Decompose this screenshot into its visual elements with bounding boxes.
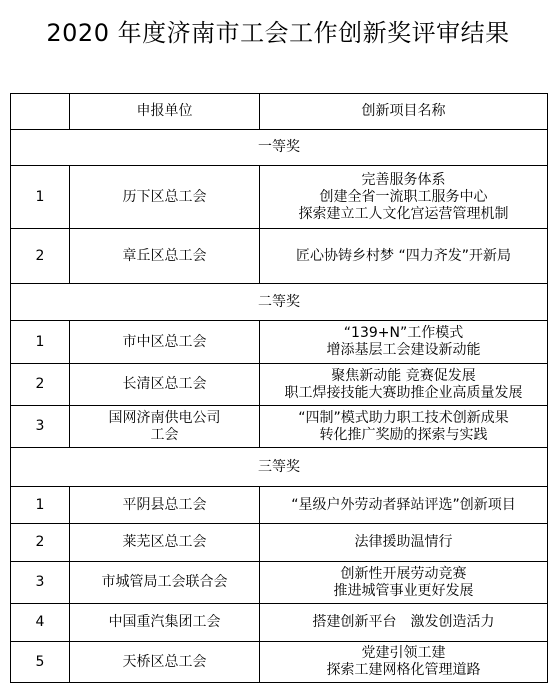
table-row: 2 莱芜区总工会 法律援助温情行 <box>11 524 548 562</box>
row-index: 5 <box>11 642 70 683</box>
row-project: 搭建创新平台 激发创造活力 <box>260 604 548 642</box>
section-row-first-prize: 一等奖 <box>11 130 548 166</box>
section-row-third-prize: 三等奖 <box>11 448 548 487</box>
table-row: 4 中国重汽集团工会 搭建创新平台 激发创造活力 <box>11 604 548 642</box>
header-project: 创新项目名称 <box>260 94 548 130</box>
table-row: 1 市中区总工会 “139+N”工作模式 增添基层工会建设新动能 <box>11 321 548 364</box>
row-unit: 平阴县总工会 <box>70 487 260 524</box>
row-project: “139+N”工作模式 增添基层工会建设新动能 <box>260 321 548 364</box>
row-project: 聚焦新动能 竞赛促发展 职工焊接技能大赛助推企业高质量发展 <box>260 364 548 406</box>
row-project: 完善服务体系 创建全省一流职工服务中心 探索建立工人文化宫运营管理机制 <box>260 166 548 229</box>
row-unit: 天桥区总工会 <box>70 642 260 683</box>
row-index: 1 <box>11 487 70 524</box>
row-unit: 莱芜区总工会 <box>70 524 260 562</box>
row-index: 4 <box>11 604 70 642</box>
row-index: 1 <box>11 166 70 229</box>
table-row: 1 平阴县总工会 “星级户外劳动者驿站评选”创新项目 <box>11 487 548 524</box>
section-label: 二等奖 <box>11 284 548 321</box>
row-index: 2 <box>11 364 70 406</box>
row-index: 2 <box>11 524 70 562</box>
table-row: 2 章丘区总工会 匠心协铸乡村梦 “四力齐发”开新局 <box>11 229 548 284</box>
table-row: 5 天桥区总工会 党建引领工建 探索工建网格化管理道路 <box>11 642 548 683</box>
section-label: 三等奖 <box>11 448 548 487</box>
row-index: 1 <box>11 321 70 364</box>
row-index: 2 <box>11 229 70 284</box>
row-unit: 长清区总工会 <box>70 364 260 406</box>
row-unit: 中国重汽集团工会 <box>70 604 260 642</box>
row-unit: 市城管局工会联合会 <box>70 562 260 604</box>
header-index <box>11 94 70 130</box>
table-row: 3 市城管局工会联合会 创新性开展劳动竞赛 推进城管事业更好发展 <box>11 562 548 604</box>
header-unit: 申报单位 <box>70 94 260 130</box>
row-project: “星级户外劳动者驿站评选”创新项目 <box>260 487 548 524</box>
row-unit: 章丘区总工会 <box>70 229 260 284</box>
row-project: 匠心协铸乡村梦 “四力齐发”开新局 <box>260 229 548 284</box>
row-unit: 市中区总工会 <box>70 321 260 364</box>
section-label: 一等奖 <box>11 130 548 166</box>
row-index: 3 <box>11 562 70 604</box>
section-row-second-prize: 二等奖 <box>11 284 548 321</box>
row-project: 法律援助温情行 <box>260 524 548 562</box>
table-row: 1 历下区总工会 完善服务体系 创建全省一流职工服务中心 探索建立工人文化宫运营… <box>11 166 548 229</box>
row-index: 3 <box>11 406 70 448</box>
table-header-row: 申报单位 创新项目名称 <box>11 94 548 130</box>
table-row: 2 长清区总工会 聚焦新动能 竞赛促发展 职工焊接技能大赛助推企业高质量发展 <box>11 364 548 406</box>
page-title: 2020 年度济南市工会工作创新奖评审结果 <box>0 18 556 48</box>
row-project: “四制”模式助力职工技术创新成果 转化推广奖励的探索与实践 <box>260 406 548 448</box>
table-row: 3 国网济南供电公司 工会 “四制”模式助力职工技术创新成果 转化推广奖励的探索… <box>11 406 548 448</box>
results-table: 申报单位 创新项目名称 一等奖 1 历下区总工会 完善服务体系 创建全省一流职工… <box>10 93 548 683</box>
row-unit: 历下区总工会 <box>70 166 260 229</box>
row-unit: 国网济南供电公司 工会 <box>70 406 260 448</box>
row-project: 党建引领工建 探索工建网格化管理道路 <box>260 642 548 683</box>
row-project: 创新性开展劳动竞赛 推进城管事业更好发展 <box>260 562 548 604</box>
